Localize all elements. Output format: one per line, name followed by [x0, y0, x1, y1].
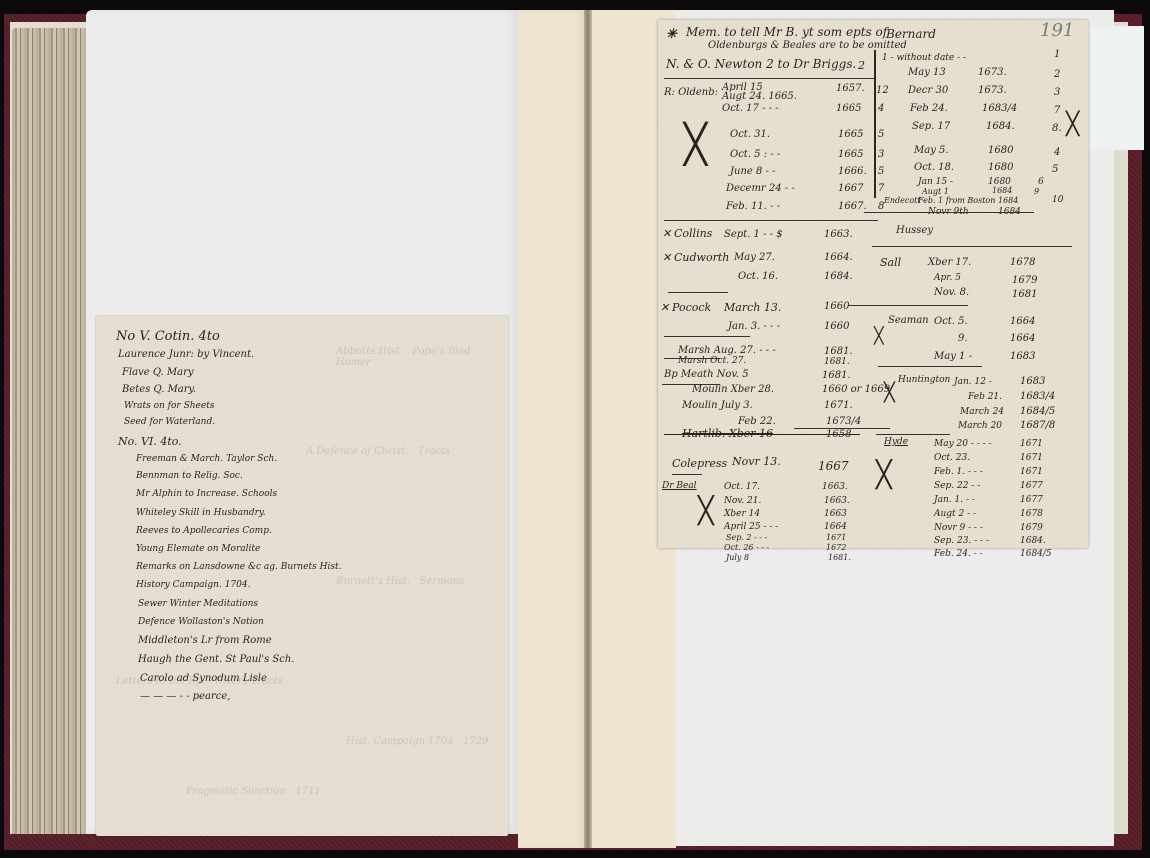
letter-date: Novr 13. — [732, 456, 781, 467]
letter-date: 1 - without date - - — [882, 54, 966, 63]
letter-year: 1679 — [1020, 524, 1043, 533]
letter-number: 1 — [1054, 50, 1060, 60]
bleed-through-text: Burnett's Hist. Sermons — [336, 576, 464, 587]
letter-number: 8. — [1052, 124, 1062, 134]
letter-year: 1671 — [1020, 440, 1043, 449]
book-list-line: — — — - - pearce, — [140, 692, 230, 702]
cross-mark-icon: ╳ — [876, 460, 892, 490]
correspondent-name: Hyde — [884, 438, 908, 447]
cross-mark-icon: ╳ — [684, 122, 707, 166]
book-list-line: No V. Cotin. 4to — [116, 330, 220, 343]
letter-number: 4 — [1054, 148, 1060, 158]
letter-date: Nov. 8. — [934, 288, 969, 298]
letter-date: Novr 9 - - - — [934, 524, 983, 533]
letter-date: Oct. 17 - - - — [722, 104, 779, 114]
page-block-edge — [12, 28, 86, 834]
divider — [664, 220, 878, 221]
letter-year: 1683/4 — [1020, 392, 1055, 402]
bleed-through-text: Pragmatic Sanction 1711 — [186, 786, 321, 797]
letter-date: Sept. 1 - - $ — [724, 230, 783, 240]
letter-year: 1677 — [1020, 482, 1043, 491]
letter-year: 1681 — [1012, 290, 1037, 300]
letter-date: Sep. 17 — [912, 122, 950, 132]
letter-year: 1660 — [824, 302, 849, 312]
letter-year: 1667 — [818, 460, 849, 472]
divider — [872, 246, 1072, 247]
letter-date: March 13. — [724, 302, 781, 313]
book-list-line: Reeves to Apollecaries Comp. — [136, 527, 272, 536]
letter-number: 10 — [1052, 196, 1063, 205]
book-list-line: Seed for Waterland. — [124, 418, 215, 427]
letter-year: 1667 — [838, 184, 863, 194]
book-list-line: Carolo ad Synodum Lisle — [140, 674, 267, 684]
correspondent-name: Cudworth — [674, 252, 729, 263]
memo-line: Oldenburgs & Beales are to be omitted — [708, 41, 907, 51]
letter-number: 3 — [1054, 88, 1060, 98]
letter-year: 1680 — [988, 163, 1013, 173]
asterisk-mark-icon: ✳ — [666, 28, 677, 41]
correspondent-name: Bernard — [886, 28, 936, 40]
book-gutter — [584, 10, 592, 848]
letter-year: 1673. — [978, 68, 1007, 78]
letter-number: 2 — [1054, 70, 1060, 80]
letter-year: 1665 — [836, 104, 861, 114]
book-list-line: Laurence Junr: by Vincent. — [118, 350, 254, 360]
book-list-line: No. VI. 4to. — [118, 436, 182, 447]
letter-date: Feb. 1 from Boston — [918, 197, 995, 205]
book-list-line: Whiteley Skill in Husbandry. — [136, 509, 266, 518]
strike-line — [664, 434, 860, 435]
letter-date: May 13 — [908, 68, 946, 78]
divider — [664, 358, 720, 359]
divider — [664, 336, 750, 337]
letter-year: 1664 — [1010, 317, 1035, 327]
letter-date: Sep. 2 - - - — [726, 534, 767, 542]
letter-date: May 1 - — [934, 352, 972, 362]
letter-date: March 20 — [958, 422, 1002, 431]
letter-year: 1681. — [828, 554, 851, 562]
book-list-line: Wrats on for Sheets — [124, 402, 214, 411]
letter-year: 1660 — [824, 322, 849, 332]
letter-date: Nov. 21. — [724, 497, 761, 506]
book-list-line: Flave Q. Mary — [122, 368, 194, 378]
divider — [876, 434, 950, 435]
letter-date: Feb. 1. - - - — [934, 468, 983, 477]
letter-year: 1684/5 — [1020, 407, 1055, 417]
letter-date: Oct. 18. — [914, 163, 954, 173]
letter-number: 5 — [878, 167, 884, 177]
letter-number: 5 — [1052, 165, 1058, 175]
letter-year: 1687/8 — [1020, 421, 1055, 431]
letter-date: Jan 15 - — [918, 178, 953, 187]
letter-date: June 8 - - — [730, 167, 775, 177]
letter-year: 1684. — [986, 122, 1015, 132]
cross-mark-icon: ╳ — [874, 326, 884, 345]
letter-year: 1678 — [1020, 510, 1043, 519]
book-list-line: Sewer Winter Meditations — [138, 600, 258, 609]
letter-date: Oct. 5 : - - — [730, 150, 780, 160]
letter-date: Xber 17. — [928, 258, 971, 268]
letter-date: March 24 — [960, 408, 1004, 417]
letter-date: Decr 30 — [908, 86, 948, 96]
correspondent-name: Colepress — [672, 458, 727, 469]
book-list-line: Defence Wollaston's Notion — [138, 618, 264, 627]
letter-date: April 25 - - - — [724, 523, 778, 532]
letter-year: 1683 — [1020, 377, 1045, 387]
correspondent-name: Sall — [880, 257, 901, 268]
letter-year: 1672 — [826, 544, 846, 552]
correspondent-name: Hussey — [896, 226, 933, 236]
book-list-line: Middleton's Lr from Rome — [138, 636, 272, 646]
letter-year: 1679 — [1012, 276, 1037, 286]
letter-date: Sep. 22 - - — [934, 482, 980, 491]
cross-mark-icon: ╳ — [1066, 112, 1079, 137]
book-list-line: Haugh the Gent. St Paul's Sch. — [138, 655, 294, 665]
letter-year: 1684 — [992, 187, 1012, 195]
letter-year: 1666. — [838, 167, 867, 177]
letter-year: 1680 — [988, 146, 1013, 156]
letter-date: Oct. 23. — [934, 454, 970, 463]
letter-date: Jan. 12 - — [954, 378, 992, 387]
letter-year: 1664 — [824, 523, 847, 532]
letter-date: Feb. 11. - - — [726, 202, 780, 212]
letter-year: 1684. — [824, 272, 853, 282]
letter-year: 1671 — [1020, 468, 1043, 477]
letter-year: 1663. — [824, 497, 850, 506]
book-list-line: Freeman & March. Taylor Sch. — [136, 455, 277, 464]
letter-number: 7 — [878, 184, 884, 194]
letter-number: 3 — [878, 150, 884, 160]
correspondent-name: Collins — [674, 228, 712, 239]
letter-date: May 27. — [734, 253, 775, 263]
letter-year: 1681. — [824, 347, 853, 357]
letter-year: 1677 — [1020, 496, 1043, 505]
letter-year: 1671 — [826, 534, 846, 542]
folio-number: 191 — [1040, 22, 1074, 40]
letter-date: Augt 1 — [922, 188, 949, 196]
letter-date: May 5. — [914, 146, 949, 156]
letter-date: Oct. 5. — [934, 317, 968, 327]
divider — [864, 212, 1034, 213]
section-header: N. & O. Newton 2 to Dr Briggs. — [666, 58, 856, 70]
bleed-through-text: Hist. Campaign 1704 1729 — [346, 736, 489, 747]
letter-year: 1657. — [836, 84, 865, 94]
letter-number: 6 — [1038, 178, 1044, 187]
letter-date: Marsh Aug. 27. - - - — [678, 346, 776, 356]
letter-date: July 8 — [726, 554, 749, 562]
letter-number: 9 — [1034, 188, 1039, 196]
letter-year: 1681. — [822, 371, 851, 381]
divider — [672, 474, 702, 475]
column-divider — [874, 50, 876, 198]
letter-year: 1684. — [1020, 537, 1046, 546]
letter-year: 1663. — [822, 483, 848, 492]
book-list-line: Young Elemate on Moralite — [136, 545, 260, 554]
letter-number: 5 — [878, 130, 884, 140]
memo-line: Mem. to tell Mr B. yt som epts of — [686, 26, 887, 38]
letter-date: Moulin July 3. — [682, 401, 753, 411]
letter-date: Decemr 24 - - — [726, 184, 795, 194]
right-manuscript-sheet: 191 ✳ Mem. to tell Mr B. yt som epts of … — [658, 20, 1088, 548]
letter-year: 1671. — [824, 401, 853, 411]
section-count: 2 — [858, 60, 865, 71]
divider — [662, 384, 720, 385]
letter-date: Sep. 23. - - - — [934, 537, 989, 546]
letter-year: 1681. — [824, 358, 850, 367]
letter-date: Jan. 3. - - - — [728, 322, 780, 332]
book-list-line: Betes Q. Mary. — [122, 385, 196, 395]
letter-date: Xber 14 — [724, 510, 760, 519]
letter-date: Bp Meath Nov. 5 — [664, 370, 749, 380]
letter-year: 1658 — [826, 430, 851, 440]
divider — [668, 292, 728, 293]
letter-year: 1660 or 1669 — [822, 385, 890, 395]
letter-date: Feb 22. — [738, 417, 776, 427]
letter-date: Oct. 16. — [738, 272, 778, 282]
divider — [878, 366, 982, 367]
letter-year: 1664 — [1010, 334, 1035, 344]
cross-mark-icon: ✕ — [662, 252, 671, 263]
letter-year: 1678 — [1010, 258, 1035, 268]
book-list-line: Remarks on Lansdowne &c ag. Burnets Hist… — [136, 563, 341, 572]
letter-date: 9. — [958, 334, 968, 344]
left-manuscript-sheet: Abbotts Hist. Pope's Iliad Homer A Defen… — [96, 316, 508, 836]
letter-date: Augt 24. 1665. — [722, 92, 797, 102]
letter-year: 1683 — [1010, 352, 1035, 362]
letter-number: 12 — [876, 86, 889, 96]
letter-date: Feb 24. — [910, 104, 948, 114]
correspondent-name: R: Oldenb: — [664, 88, 718, 98]
letter-year: 1663 — [824, 510, 847, 519]
correspondent-name: Seaman — [888, 316, 929, 326]
letter-date: Moulin Xber 28. — [692, 385, 774, 395]
correspondent-name: Dr Beal — [662, 482, 697, 491]
letter-year: 1665 — [838, 150, 863, 160]
book-list-line: History Campaign. 1704. — [136, 581, 250, 590]
letter-year: 1684/5 — [1020, 550, 1052, 559]
letter-date: Oct. 31. — [730, 130, 770, 140]
letter-date: May 20 - - - - — [934, 440, 992, 449]
cross-mark-icon: ✕ — [662, 228, 671, 239]
letter-date: Feb. 24. - - — [934, 550, 983, 559]
letter-year: 1684 — [998, 197, 1018, 205]
letter-year: 1683/4 — [982, 104, 1017, 114]
letter-date: Oct. 26 - - - — [724, 544, 769, 552]
letter-year: 1663. — [824, 230, 853, 240]
bleed-through-text: Abbotts Hist. Pope's Iliad Homer — [336, 346, 508, 368]
left-mounting-stub — [518, 10, 584, 848]
letter-year: 1673. — [978, 86, 1007, 96]
correspondent-name: Huntington — [898, 376, 950, 385]
letter-year: 1665 — [838, 130, 863, 140]
letter-number: 7 — [1054, 106, 1060, 116]
letter-year: 1671 — [1020, 454, 1043, 463]
cross-mark-icon: ╳ — [698, 496, 714, 526]
letter-number: 4 — [878, 104, 884, 114]
letter-date: Jan. 1. - - — [934, 496, 975, 505]
letter-date: Augt 2 - - — [934, 510, 976, 519]
cross-mark-icon: ╳ — [884, 382, 895, 403]
letter-year: 1673/4 — [826, 417, 861, 427]
cross-mark-icon: ✕ — [660, 302, 669, 313]
letter-year: 1667. — [838, 202, 867, 212]
correspondent-name: Pocock — [672, 302, 711, 313]
letter-date: Apr. 5 — [934, 274, 961, 283]
book-list-line: Mr Alphin to Increase. Schools — [136, 490, 277, 499]
bleed-through-text: A Defence of Christ. Tracts — [306, 446, 450, 457]
paper-slip — [1084, 26, 1144, 150]
letter-date: Feb 21. — [968, 393, 1002, 402]
divider — [664, 78, 874, 79]
letter-year: 1664. — [824, 253, 853, 263]
letter-date: Oct. 17. — [724, 483, 760, 492]
book-list-line: Bennman to Relig. Soc. — [136, 472, 243, 481]
divider — [848, 305, 968, 306]
